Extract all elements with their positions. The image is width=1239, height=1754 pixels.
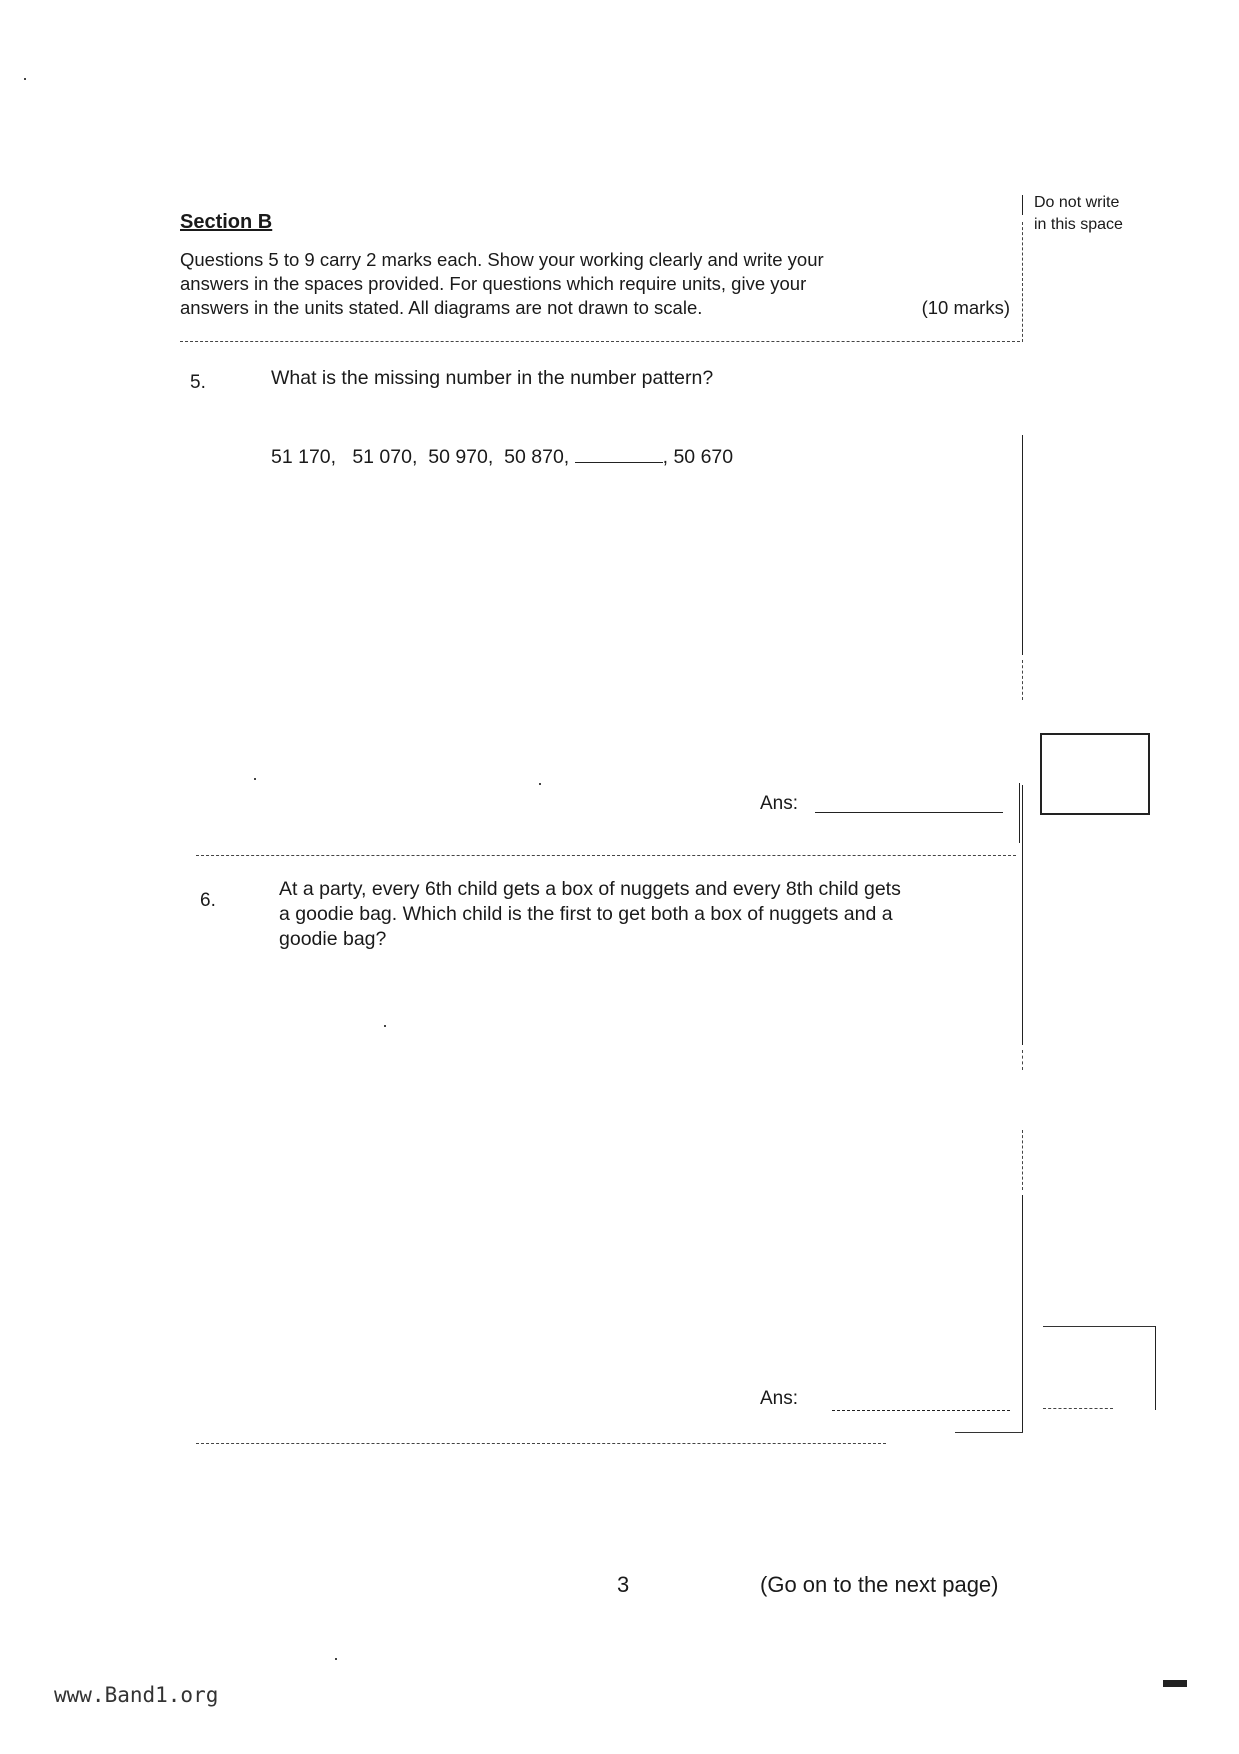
total-marks: (10 marks) [922,296,1010,320]
question-number: 6. [200,890,216,912]
margin-rule [1022,195,1023,215]
footer-url[interactable]: www.Band1.org [54,1683,218,1707]
margin-rule [1022,660,1023,700]
answer-label: Ans: [760,793,798,815]
answer-field[interactable] [815,812,1003,813]
question-number: 5. [190,372,206,394]
question-text-line: goodie bag? [279,927,901,952]
scan-speck [254,778,256,780]
pattern-term: , 50 670 [663,446,733,468]
instruction-line: Questions 5 to 9 carry 2 marks each. Sho… [180,248,1010,272]
score-box-top [1043,1326,1156,1327]
margin-rule [1022,435,1023,655]
answer-label: Ans: [760,1388,798,1410]
pattern-term: 50 970, [428,446,493,468]
margin-rule [1022,1195,1023,1432]
question-divider [196,1443,886,1444]
scan-speck [539,783,541,785]
scan-speck [384,1025,386,1027]
question-text-line: At a party, every 6th child gets a box o… [279,877,901,902]
bottom-rule [955,1432,1023,1433]
margin-rule [1022,1050,1023,1070]
pattern-term: 51 070, [352,446,417,468]
instruction-line: answers in the units stated. All diagram… [180,296,1010,320]
section-instructions: Questions 5 to 9 carry 2 marks each. Sho… [180,248,1010,320]
score-box [1040,733,1150,815]
question-divider [196,855,1016,856]
margin-rule [1022,222,1023,342]
instruction-line: answers in the spaces provided. For ques… [180,272,1010,296]
instruction-line-text: answers in the units stated. All diagram… [180,297,702,318]
score-box-bottom [1043,1408,1113,1409]
margin-note-line: Do not write [1034,192,1123,214]
scan-speck [24,78,26,80]
pattern-term: 51 170, [271,446,336,468]
score-box-side [1155,1326,1156,1410]
scan-mark [1163,1680,1187,1687]
pattern-term: 50 870, [504,446,569,468]
question-text: What is the missing number in the number… [271,366,713,391]
page-number: 3 [617,1572,629,1598]
next-page-note: (Go on to the next page) [760,1572,999,1598]
answer-field[interactable] [832,1410,1010,1411]
question-text: At a party, every 6th child gets a box o… [279,877,901,952]
margin-note-line: in this space [1034,214,1123,236]
margin-rule [1022,785,1023,1045]
margin-rule [1019,783,1020,843]
margin-rule [1022,1130,1023,1190]
number-pattern: 51 170, 51 070, 50 970, 50 870, , 50 670 [271,445,733,470]
question-text-line: a goodie bag. Which child is the first t… [279,902,901,927]
pattern-blank[interactable] [575,448,663,463]
section-title: Section B [180,211,272,234]
section-divider [180,341,1020,342]
margin-note: Do not write in this space [1034,192,1123,236]
scan-speck [335,1658,337,1660]
